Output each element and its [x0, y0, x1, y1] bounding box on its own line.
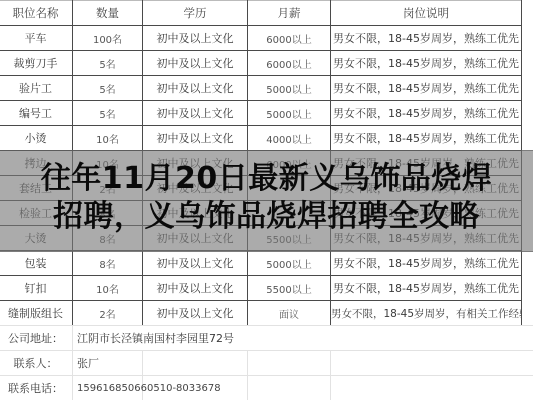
- table-row: 缝制版组长 2名 初中及以上文化 面议 男女不限，18-45岁周岁，有相关工作经…: [0, 301, 522, 326]
- table-row: 编号工 5名 初中及以上文化 5000以上 男女不限，18-45岁周岁，熟练工优…: [0, 101, 522, 126]
- cell-count: 2名: [73, 301, 143, 326]
- phone-row: 联系电话： 15961685066 0510-8033678: [0, 376, 533, 400]
- table-row: 裁剪刀手 5名 初中及以上文化 6000以上 男女不限，18-45岁周岁，熟练工…: [0, 51, 522, 76]
- company-info-table: 公司地址： 江阴市长泾镇南国村李园里72号 联系人： 张厂 联系电话： 1596…: [0, 325, 533, 400]
- cell-count: 8名: [73, 251, 143, 276]
- cell-description: 男女不限，18-45岁周岁，熟练工优先: [331, 51, 522, 76]
- table-row: 平车 100名 初中及以上文化 6000以上 男女不限，18-45岁周岁，熟练工…: [0, 26, 522, 51]
- contact-label: 联系人：: [0, 351, 73, 376]
- cell-description: 男女不限，18-45岁周岁，熟练工优先: [331, 126, 522, 151]
- cell-description: 男女不限，18-45岁周岁，熟练工优先: [331, 251, 522, 276]
- cell-salary: 6000以上: [248, 51, 331, 76]
- empty-cell: [143, 351, 248, 376]
- header-education: 学历: [143, 1, 248, 26]
- cell-count: 5名: [73, 76, 143, 101]
- empty-cell: [248, 376, 331, 400]
- cell-education: 初中及以上文化: [143, 101, 248, 126]
- cell-description: 男女不限，18-45岁周岁，熟练工优先: [331, 276, 522, 301]
- header-salary: 月薪: [248, 1, 331, 26]
- cell-description: 男女不限，18-45岁周岁，熟练工优先: [331, 101, 522, 126]
- cell-position: 钉扣: [0, 276, 73, 301]
- table-header-row: 职位名称 数量 学历 月薪 岗位说明: [0, 1, 522, 26]
- cell-salary: 5000以上: [248, 76, 331, 101]
- cell-salary: 面议: [248, 301, 331, 326]
- phone-label: 联系电话：: [0, 376, 73, 400]
- empty-cell: [331, 376, 533, 400]
- contact-value: 张厂: [73, 351, 143, 376]
- cell-description: 男女不限，18-45岁周岁，有相关工作经验: [331, 301, 522, 326]
- cell-education: 初中及以上文化: [143, 76, 248, 101]
- empty-cell: [248, 351, 331, 376]
- contact-row: 联系人： 张厂: [0, 351, 533, 376]
- cell-count: 100名: [73, 26, 143, 51]
- address-value: 江阴市长泾镇南国村李园里72号: [73, 326, 533, 351]
- cell-description: 男女不限，18-45岁周岁，熟练工优先: [331, 26, 522, 51]
- cell-count: 5名: [73, 101, 143, 126]
- cell-salary: 6000以上: [248, 26, 331, 51]
- cell-position: 包装: [0, 251, 73, 276]
- title-line-2: 招聘，义乌饰品烧焊招聘全攻略: [0, 198, 533, 236]
- table-row: 钉扣 10名 初中及以上文化 5500以上 男女不限，18-45岁周岁，熟练工优…: [0, 276, 522, 301]
- header-description: 岗位说明: [331, 1, 522, 26]
- cell-salary: 5500以上: [248, 276, 331, 301]
- cell-position: 缝制版组长: [0, 301, 73, 326]
- address-row: 公司地址： 江阴市长泾镇南国村李园里72号: [0, 326, 533, 351]
- header-position: 职位名称: [0, 1, 73, 26]
- cell-education: 初中及以上文化: [143, 126, 248, 151]
- cell-position: 平车: [0, 26, 73, 51]
- title-line-1: 往年11月20日最新义乌饰品烧焊: [0, 160, 533, 198]
- cell-salary: 5000以上: [248, 251, 331, 276]
- cell-description: 男女不限，18-45岁周岁，熟练工优先: [331, 76, 522, 101]
- table-row: 包装 8名 初中及以上文化 5000以上 男女不限，18-45岁周岁，熟练工优先: [0, 251, 522, 276]
- cell-salary: 4000以上: [248, 126, 331, 151]
- cell-education: 初中及以上文化: [143, 251, 248, 276]
- cell-position: 编号工: [0, 101, 73, 126]
- table-row: 验片工 5名 初中及以上文化 5000以上 男女不限，18-45岁周岁，熟练工优…: [0, 76, 522, 101]
- cell-position: 小烫: [0, 126, 73, 151]
- landline-number: 0510-8033678: [143, 376, 248, 400]
- cell-position: 验片工: [0, 76, 73, 101]
- article-title: 往年11月20日最新义乌饰品烧焊 招聘，义乌饰品烧焊招聘全攻略: [0, 160, 533, 236]
- table-row: 小烫 10名 初中及以上文化 4000以上 男女不限，18-45岁周岁，熟练工优…: [0, 126, 522, 151]
- cell-education: 初中及以上文化: [143, 51, 248, 76]
- cell-position: 裁剪刀手: [0, 51, 73, 76]
- empty-cell: [331, 351, 533, 376]
- cell-count: 5名: [73, 51, 143, 76]
- cell-education: 初中及以上文化: [143, 301, 248, 326]
- address-label: 公司地址：: [0, 326, 73, 351]
- cell-education: 初中及以上文化: [143, 26, 248, 51]
- cell-count: 10名: [73, 126, 143, 151]
- cell-count: 10名: [73, 276, 143, 301]
- cell-education: 初中及以上文化: [143, 276, 248, 301]
- header-count: 数量: [73, 1, 143, 26]
- mobile-number: 15961685066: [73, 376, 143, 400]
- cell-salary: 5000以上: [248, 101, 331, 126]
